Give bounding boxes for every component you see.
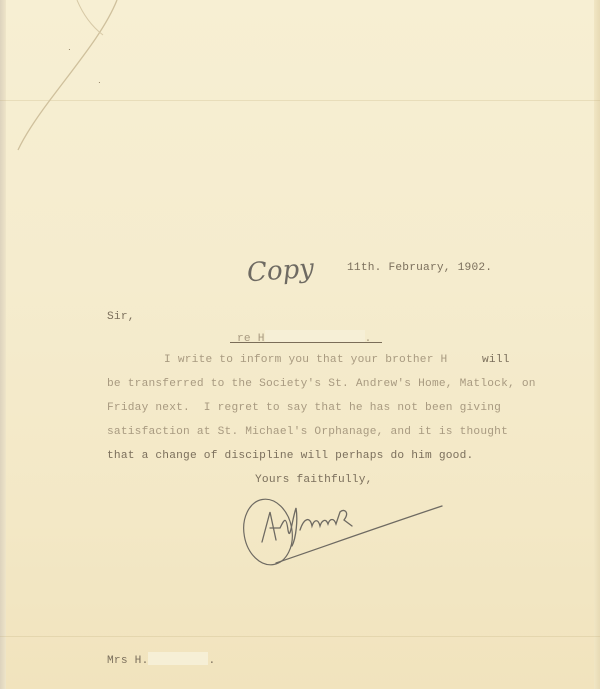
addressee: Mrs H.. <box>107 652 215 667</box>
ink-speck: · <box>68 45 71 54</box>
re-label: re H <box>237 333 265 345</box>
paper-right-edge <box>594 0 600 689</box>
copy-annotation: Copy <box>246 254 315 289</box>
body-line-4: satisfaction at St. Michael's Orphanage,… <box>107 426 508 438</box>
body-line-1-end: will <box>482 354 510 366</box>
paper-crease <box>0 636 600 637</box>
re-end: . <box>365 333 372 345</box>
salutation: Sir, <box>107 311 135 323</box>
closing: Yours faithfully, <box>255 474 373 486</box>
addressee-prefix: Mrs H. <box>107 655 148 667</box>
letter-date: 11th. February, 1902. <box>347 262 492 274</box>
body-line-3: Friday next. I regret to say that he has… <box>107 402 501 414</box>
body-line-5: that a change of discipline will perhaps… <box>107 450 473 462</box>
corner-fold-icon <box>10 0 170 150</box>
signature-icon <box>240 490 450 570</box>
redacted-addressee <box>148 652 208 665</box>
re-underline <box>230 342 382 343</box>
body-line-2: be transferred to the Society's St. Andr… <box>107 378 536 390</box>
body-line-1: I write to inform you that your brother … <box>164 354 447 366</box>
ink-speck: · <box>98 78 101 87</box>
addressee-end: . <box>208 655 215 667</box>
